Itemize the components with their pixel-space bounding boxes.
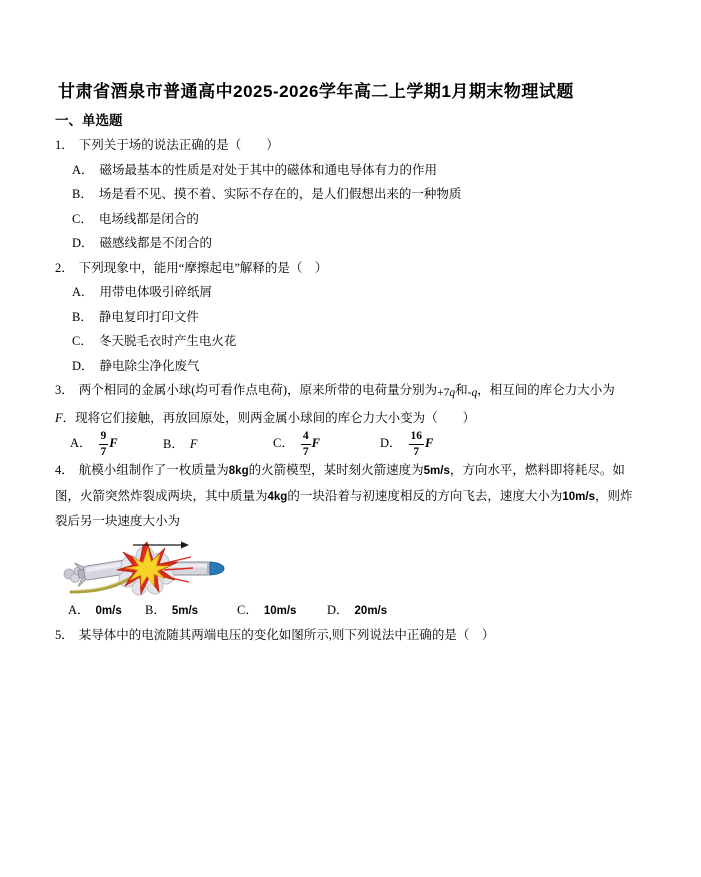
question-2-option-c: C．冬天脱毛衣时产生电火花	[55, 329, 655, 354]
stem-text: 的火箭模型，某时刻火箭速度为	[249, 463, 424, 477]
stem-text: ，方向水平，燃料即将耗尽。如	[450, 463, 625, 477]
option-label: A．	[72, 163, 94, 177]
question-2-option-a: A．用带电体吸引碎纸屑	[55, 280, 655, 305]
question-4-stem-line-1: 4．航模小组制作了一枚质量为8kg的火箭模型，某时刻火箭速度为5m/s，方向水平…	[55, 458, 655, 484]
option-text: 10m/s	[264, 605, 297, 617]
question-5-stem: 5．某导体中的电流随其两端电压的变化如图所示,则下列说法中正确的是（ ）	[55, 623, 655, 648]
question-1-option-d: D．磁感线都是不闭合的	[55, 231, 655, 256]
speed-value: 5m/s	[424, 465, 450, 477]
option-label: C．	[237, 603, 258, 617]
speed-value: 10m/s	[562, 491, 595, 503]
rocket-nose-icon	[210, 562, 224, 575]
force-variable: F	[190, 437, 198, 451]
rocket-explosion-illustration	[61, 534, 236, 598]
stem-text: 裂后另一块速度大小为	[55, 514, 180, 528]
fraction: 97	[99, 430, 109, 458]
option-label: B．	[72, 310, 93, 324]
question-4-option-d: D．20m/s	[327, 598, 387, 624]
stem-text: 航模小组制作了一枚质量为	[79, 463, 229, 477]
question-1-option-c: C．电场线都是闭合的	[55, 207, 655, 232]
force-variable: F	[55, 411, 63, 425]
fraction-numerator: 4	[301, 430, 311, 445]
stem-text: 的一块沿着与初速度相反的方向飞去，速度大小为	[287, 489, 562, 503]
option-label: A．	[72, 285, 94, 299]
fraction-numerator: 9	[99, 430, 109, 445]
question-number: 4．	[55, 463, 74, 477]
question-4-stem-line-2: 图，火箭突然炸裂成两块，其中质量为4kg的一块沿着与初速度相反的方向飞去，速度大…	[55, 484, 655, 510]
question-2-stem: 2．下列现象中，能用“摩擦起电”解释的是（ ）	[55, 256, 655, 281]
question-3: 3．两个相同的金属小球(均可看作点电荷)，原来所带的电荷量分别为+7q和-q，相…	[55, 378, 655, 458]
question-2-option-b: B．静电复印打印文件	[55, 305, 655, 330]
question-4-option-a: A．0m/s	[68, 598, 145, 624]
option-label: B．	[163, 437, 184, 451]
option-label: D．	[327, 603, 349, 617]
fraction: 47	[301, 430, 311, 458]
question-4-option-c: C．10m/s	[237, 598, 327, 624]
question-3-stem-line-1: 3．两个相同的金属小球(均可看作点电荷)，原来所带的电荷量分别为+7q和-q，相…	[55, 378, 655, 406]
option-text: 磁场最基本的性质是对处于其中的磁体和通电导体有力的作用	[100, 163, 438, 177]
exam-document-page: 甘肃省酒泉市普通高中2025-2026学年高二上学期1月期末物理试题 一、单选题…	[0, 0, 701, 877]
question-3-options-row: A．97F B．F C．47F D．167F	[55, 430, 655, 458]
question-4-options-row: A．0m/s B．5m/s C．10m/s D．20m/s	[55, 598, 655, 624]
option-label: A．	[68, 603, 90, 617]
option-label: B．	[145, 603, 166, 617]
option-label: D．	[380, 436, 402, 450]
option-text: 用带电体吸引碎纸屑	[100, 285, 213, 299]
stem-text: ，相互间的库仑力大小为	[477, 383, 615, 397]
option-text: 场是看不见、摸不着、实际不存在的，是人们假想出来的一种物质	[99, 187, 462, 201]
fraction-denominator: 7	[409, 445, 425, 459]
force-variable: F	[109, 436, 117, 450]
question-4-stem-line-3: 裂后另一块速度大小为	[55, 509, 655, 534]
option-text: 20m/s	[355, 605, 388, 617]
option-label: D．	[72, 236, 94, 250]
question-number: 1．	[55, 138, 74, 152]
option-label: C．	[273, 436, 294, 450]
question-5: 5．某导体中的电流随其两端电压的变化如图所示,则下列说法中正确的是（ ）	[55, 623, 655, 648]
option-text: 电场线都是闭合的	[99, 212, 199, 226]
question-1-option-a: A．磁场最基本的性质是对处于其中的磁体和通电导体有力的作用	[55, 158, 655, 183]
option-label: C．	[72, 212, 93, 226]
question-4-option-b: B．5m/s	[145, 598, 237, 624]
stem-text: 某导体中的电流随其两端电压的变化如图所示,则下列说法中正确的是（ ）	[79, 628, 495, 642]
question-number: 3．	[55, 383, 74, 397]
stem-text: 图，火箭突然炸裂成两块，其中质量为	[55, 489, 268, 503]
section-heading: 一、单选题	[55, 112, 655, 129]
question-3-option-a: A．97F	[70, 430, 163, 458]
stem-text: 和	[455, 383, 468, 397]
option-label: A．	[70, 436, 92, 450]
question-number: 5．	[55, 628, 74, 642]
option-text: 冬天脱毛衣时产生电火花	[99, 334, 237, 348]
page-title: 甘肃省酒泉市普通高中2025-2026学年高二上学期1月期末物理试题	[55, 82, 577, 102]
question-2-option-d: D．静电除尘净化废气	[55, 354, 655, 379]
stem-text: ，则炸	[595, 489, 633, 503]
stem-text: 下列现象中，能用“摩擦起电”解释的是（ ）	[79, 261, 328, 275]
question-number: 2．	[55, 261, 74, 275]
stem-text: ．现将它们接触，再放回原处，则两金属小球间的库仑力大小变为（ ）	[63, 411, 476, 425]
mass-value: 4kg	[268, 491, 288, 503]
option-text: 5m/s	[172, 605, 198, 617]
force-variable: F	[312, 436, 320, 450]
document-content: 甘肃省酒泉市普通高中2025-2026学年高二上学期1月期末物理试题 一、单选题…	[55, 82, 655, 648]
option-text: 磁感线都是不闭合的	[100, 236, 213, 250]
fraction-numerator: 16	[409, 430, 425, 445]
question-1: 1．下列关于场的说法正确的是（ ） A．磁场最基本的性质是对处于其中的磁体和通电…	[55, 133, 655, 256]
question-3-option-d: D．167F	[380, 430, 433, 458]
charge-value: -q	[468, 387, 478, 399]
stem-text: 下列关于场的说法正确的是（ ）	[79, 138, 279, 152]
question-4-figure	[55, 534, 655, 598]
question-3-option-c: C．47F	[273, 430, 380, 458]
option-text: 静电除尘净化废气	[100, 359, 200, 373]
question-4: 4．航模小组制作了一枚质量为8kg的火箭模型，某时刻火箭速度为5m/s，方向水平…	[55, 458, 655, 623]
force-variable: F	[425, 436, 433, 450]
stem-text: 两个相同的金属小球(均可看作点电荷)，原来所带的电荷量分别为	[79, 383, 437, 397]
charge-value: +7q	[437, 387, 455, 399]
question-3-option-b: B．F	[163, 432, 273, 457]
mass-value: 8kg	[229, 465, 249, 477]
option-label: D．	[72, 359, 94, 373]
question-1-option-b: B．场是看不见、摸不着、实际不存在的，是人们假想出来的一种物质	[55, 182, 655, 207]
question-1-stem: 1．下列关于场的说法正确的是（ ）	[55, 133, 655, 158]
question-2: 2．下列现象中，能用“摩擦起电”解释的是（ ） A．用带电体吸引碎纸屑 B．静电…	[55, 256, 655, 379]
fraction: 167	[409, 430, 425, 458]
option-text: 0m/s	[96, 605, 122, 617]
fraction-denominator: 7	[99, 445, 109, 459]
fraction-denominator: 7	[301, 445, 311, 459]
charge-sign: +7	[437, 387, 449, 399]
question-3-stem-line-2: F．现将它们接触，再放回原处，则两金属小球间的库仑力大小变为（ ）	[55, 406, 655, 431]
option-label: C．	[72, 334, 93, 348]
option-label: B．	[72, 187, 93, 201]
option-text: 静电复印打印文件	[99, 310, 199, 324]
